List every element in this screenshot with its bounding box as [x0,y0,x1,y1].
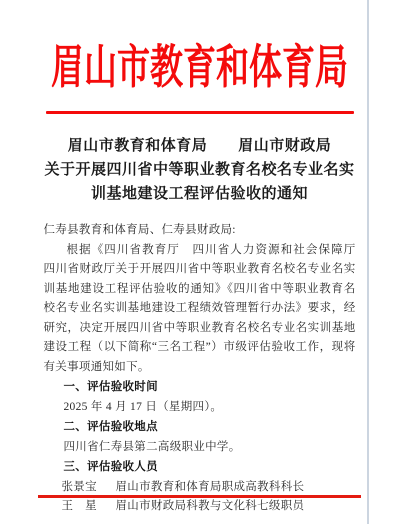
bottom-red-rule [38,495,361,498]
document-title-line-2: 关于开展四川省中等职业教育名校名专业名实 [0,158,399,182]
section-content-time: 2025 年 4 月 17 日（星期四）。 [44,398,356,418]
section-heading-time: 一、评估验收时间 [44,378,356,398]
person-name: 王 星 [62,497,102,517]
document-title: 眉山市教育和体育局 眉山市财政局 关于开展四川省中等职业教育名校名专业名实 训基… [0,134,399,206]
red-masthead: 眉山市教育和体育局 [0,0,399,94]
intro-paragraph: 根据《四川省教育厅 四川省人力资源和社会保障厅 四川省财政厅关于开展四川省中等职… [44,241,356,378]
section-heading-personnel: 三、评估验收人员 [44,458,356,478]
section-heading-location: 二、评估验收地点 [44,418,356,438]
document-title-line-1: 眉山市教育和体育局 眉山市财政局 [0,134,399,158]
document-title-line-3: 训基地建设工程评估验收的通知 [0,182,399,206]
document-body: 仁寿县教育和体育局、仁寿县财政局: 根据《四川省教育厅 四川省人力资源和社会保障… [44,221,356,517]
notice-document-page: 眉山市教育和体育局 眉山市教育和体育局 眉山市财政局 关于开展四川省中等职业教育… [0,0,399,524]
agency-masthead-title: 眉山市教育和体育局 [51,46,348,93]
personnel-row: 王 星 眉山市财政局科教与文化科七级职员 [44,497,356,517]
page-edge-line [367,0,369,524]
masthead-red-rule [46,111,354,114]
salutation: 仁寿县教育和体育局、仁寿县财政局: [44,221,356,241]
person-title: 眉山市财政局科教与文化科七级职员 [116,497,305,517]
section-content-location: 四川省仁寿县第二高级职业中学。 [44,438,356,458]
